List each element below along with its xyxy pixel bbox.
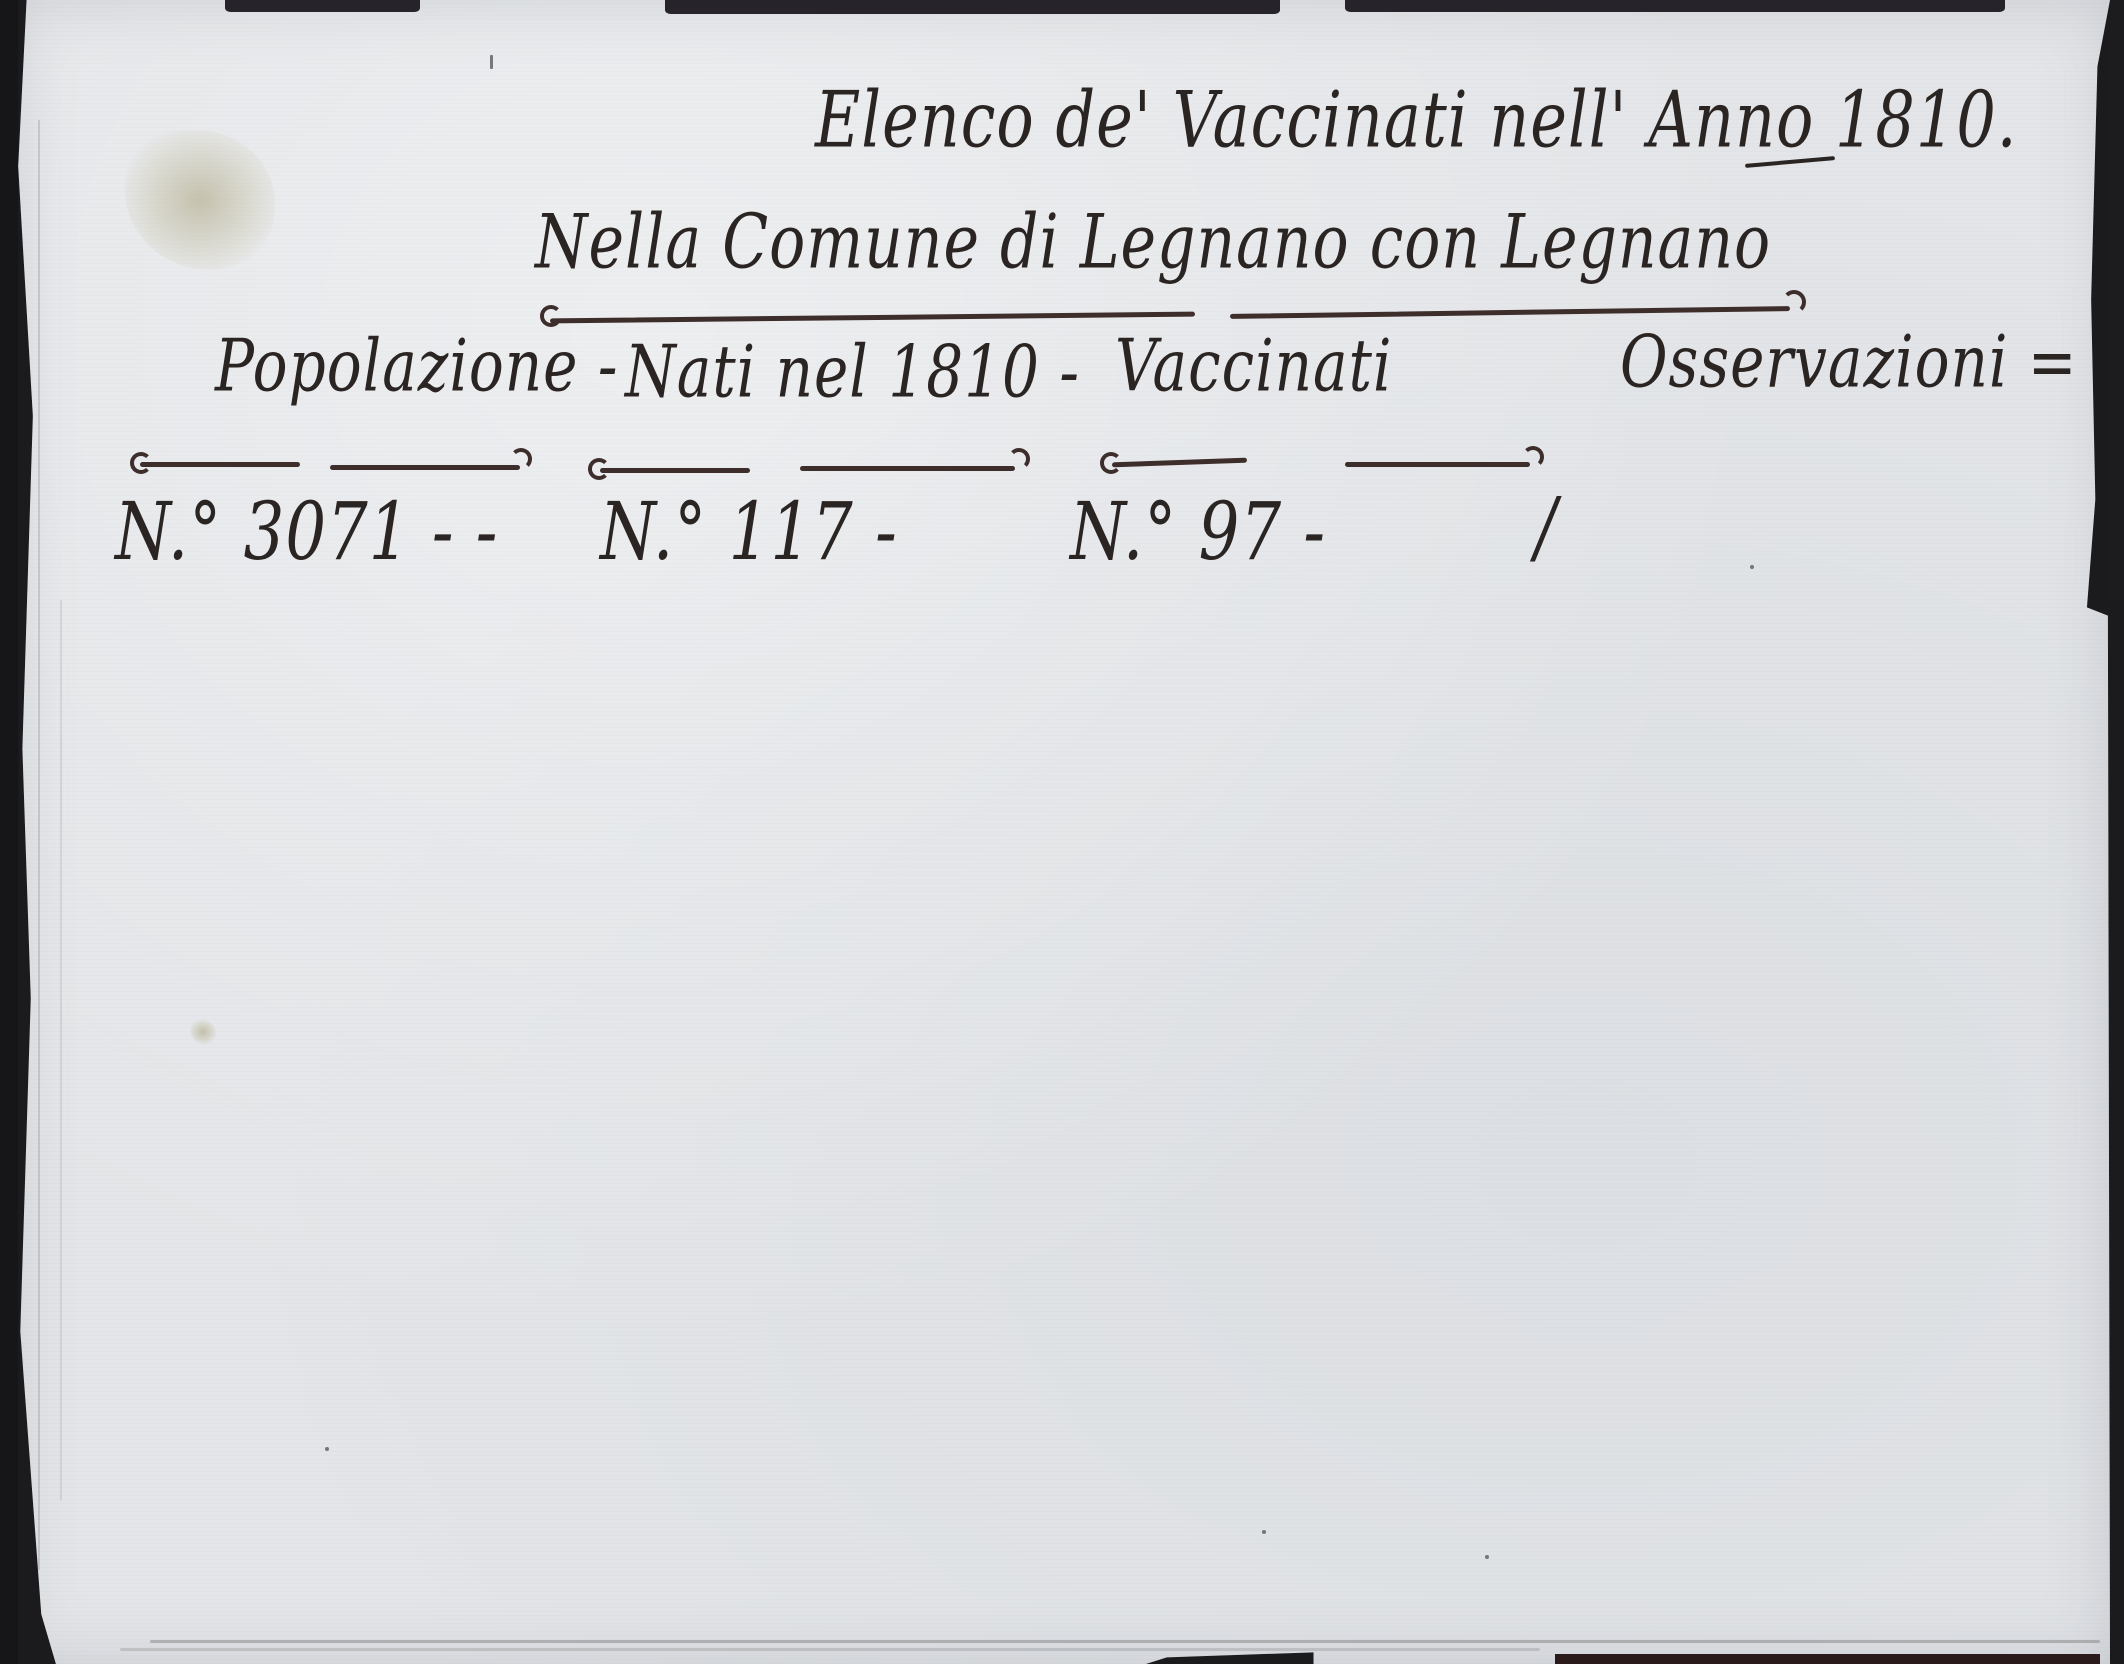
column-header-popolazione: Popolazione - [215, 323, 619, 408]
document-scan: Elenco de' Vaccinati nell' Anno 1810. Ne… [0, 0, 2124, 1664]
paper-speck [325, 1447, 329, 1451]
column-header-nati: Nati nel 1810 - [625, 329, 1080, 414]
column-header-osservazioni: Osservazioni = [1620, 319, 2077, 404]
underline-flourish [1522, 446, 1544, 468]
fold-line [38, 120, 40, 1570]
top-mount-strip [665, 0, 1280, 14]
scan-background-left [0, 0, 18, 1664]
underline-flourish [510, 448, 532, 470]
cell-nati: N.° 117 - [600, 487, 898, 580]
top-mount-strip [1345, 0, 2005, 12]
header-underline [1345, 462, 1530, 467]
foxing-spot [190, 1020, 216, 1044]
bottom-mount-strip [1555, 1654, 2100, 1664]
paper-speck [1485, 1555, 1489, 1559]
underline-flourish [1782, 290, 1806, 314]
fold-line [60, 600, 62, 1500]
top-mount-strip [225, 0, 420, 12]
document-title: Elenco de' Vaccinati nell' Anno 1810. [815, 74, 2017, 165]
column-header-vaccinati: Vaccinati [1115, 323, 1392, 408]
header-underline [330, 465, 520, 470]
header-underline [140, 462, 300, 467]
underline-flourish [1100, 452, 1122, 474]
header-underline [800, 466, 1015, 471]
scan-background-right [2110, 0, 2124, 600]
paper-speck [490, 55, 493, 69]
header-underline [600, 468, 750, 473]
underline-flourish [130, 452, 152, 474]
underline-flourish [1008, 448, 1030, 470]
cell-vaccinati: N.° 97 - [1070, 487, 1326, 580]
bottom-deckle-edge [120, 1648, 1540, 1651]
document-subtitle: Nella Comune di Legnano con Legnano [535, 199, 1771, 287]
bottom-deckle-edge [150, 1640, 2100, 1643]
cell-popolazione: N.° 3071 - - [115, 487, 498, 580]
paper-speck [1262, 1530, 1266, 1534]
cell-osservazioni: / [1535, 482, 1558, 575]
paper-speck [1750, 565, 1754, 569]
underline-flourish [588, 458, 610, 480]
